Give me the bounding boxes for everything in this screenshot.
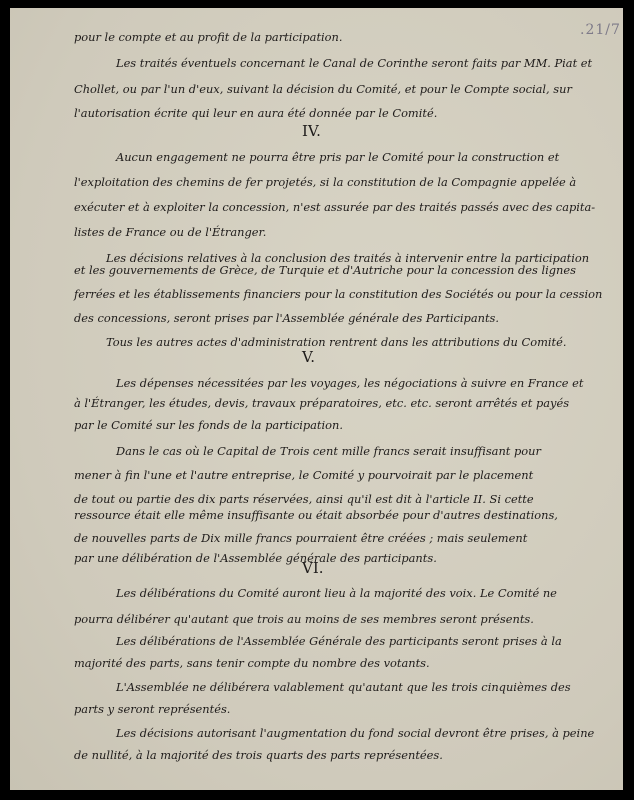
text-line: et les gouvernements de Grèce, de Turqui…	[74, 263, 576, 277]
text-line: à l'Étranger, les études, devis, travaux…	[74, 396, 569, 410]
text-line: listes de France ou de l'Étranger.	[74, 225, 266, 239]
text-line: parts y seront représentés.	[74, 702, 230, 716]
text-line: par une délibération de l'Assemblée géné…	[74, 551, 437, 565]
text-line: Les délibérations du Comité auront lieu …	[116, 586, 557, 600]
section-heading-v: V.	[302, 348, 315, 366]
text-line: mener à fin l'une et l'autre entreprise,…	[74, 468, 533, 482]
text-line: majorité des parts, sans tenir compte du…	[74, 656, 430, 670]
text-line: de nouvelles parts de Dix mille francs p…	[74, 531, 527, 545]
text-line: pourra délibérer qu'autant que trois au …	[74, 612, 534, 626]
text-line: de tout ou partie des dix parts réservée…	[74, 492, 534, 506]
text-line: ferrées et les établissements financiers…	[74, 287, 602, 301]
text-line: L'Assemblée ne délibérera valablement qu…	[116, 680, 571, 694]
text-line: pour le compte et au profit de la partic…	[74, 30, 343, 44]
text-line: Les décisions autorisant l'augmentation …	[116, 726, 594, 740]
manuscript-page: .21/7 pour le compte et au profit de la …	[10, 8, 623, 790]
section-heading-vi: VI.	[302, 559, 324, 577]
text-line: Chollet, ou par l'un d'eux, suivant la d…	[74, 82, 572, 96]
text-line: par le Comité sur les fonds de la partic…	[74, 418, 343, 432]
text-line: l'autorisation écrite qui leur en aura é…	[74, 106, 437, 120]
text-line: ressource était elle même insuffisante o…	[74, 508, 558, 522]
text-line: Les traités éventuels concernant le Cana…	[116, 56, 592, 70]
text-line: Dans le cas où le Capital de Trois cent …	[116, 444, 541, 458]
section-heading-iv: IV.	[302, 122, 321, 140]
text-line: Les délibérations de l'Assemblée Général…	[116, 634, 562, 648]
text-line: Aucun engagement ne pourra être pris par…	[116, 150, 559, 164]
text-line: l'exploitation des chemins de fer projet…	[74, 175, 576, 189]
text-line: Les dépenses nécessitées par les voyages…	[116, 376, 583, 390]
text-line: des concessions, seront prises par l'Ass…	[74, 311, 499, 325]
text-line: Tous les autres actes d'administration r…	[106, 335, 566, 349]
text-line: exécuter et à exploiter la concession, n…	[74, 200, 595, 214]
folio-number: .21/7	[580, 22, 621, 38]
text-line: de nullité, à la majorité des trois quar…	[74, 748, 443, 762]
